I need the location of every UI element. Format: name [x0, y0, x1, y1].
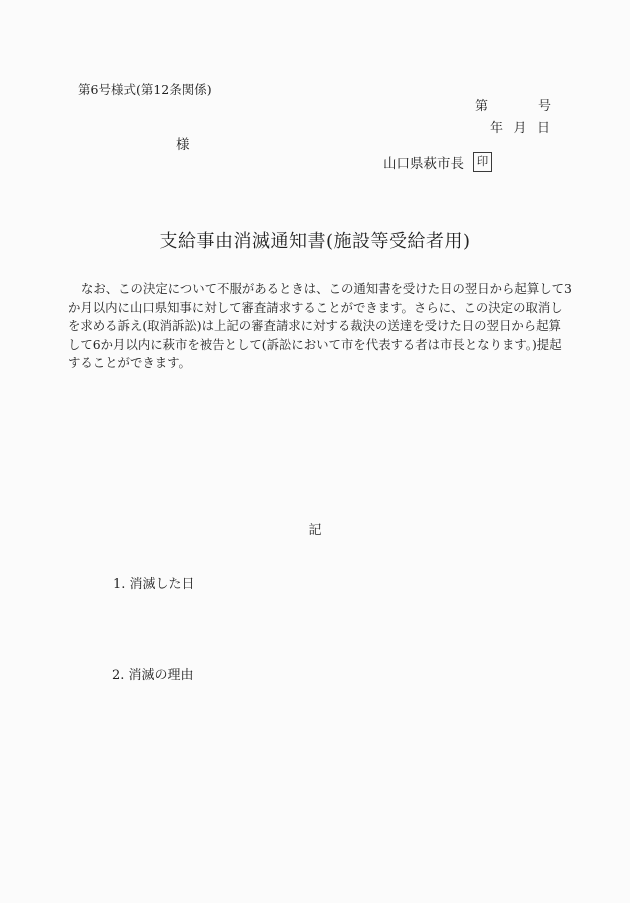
body-line-2: か月以内に山口県知事に対して審査請求することができます。さらに、この決定の取消し: [68, 299, 566, 318]
issuer-line: 山口県萩市長 印: [383, 152, 492, 172]
addressee-suffix-label: 様: [176, 133, 190, 153]
record-item-extinguishment-reason: 2. 消滅の理由: [112, 664, 194, 683]
body-line-1: なお、この決定について不服があるときは、この通知書を受けた日の翌日から起算して3: [68, 280, 566, 299]
date-month-label: 月: [513, 117, 526, 136]
doc-number-prefix-label: 第: [475, 95, 488, 114]
record-section-heading: 記: [0, 519, 630, 538]
document-title: 支給事由消滅通知書(施設等受給者用): [0, 227, 630, 253]
issuer-name-label: 山口県萩市長: [383, 152, 464, 172]
record-item-extinguishment-date: 1. 消滅した日: [113, 573, 195, 592]
document-number-line: 第 号: [475, 95, 551, 114]
seal-label: 印: [477, 156, 489, 168]
date-day-label: 日: [537, 117, 550, 136]
body-line-4: して6か月以内に萩市を被告として(訴訟において市を代表する者は市長となります。)…: [68, 336, 566, 355]
date-year-label: 年: [490, 117, 503, 136]
seal-box: 印: [473, 152, 492, 172]
document-page: 第6号様式(第12条関係) 第 号 年 月 日 様 山口県萩市長 印 支給事由消…: [0, 0, 630, 903]
doc-number-suffix-label: 号: [538, 95, 551, 114]
body-paragraph: なお、この決定について不服があるときは、この通知書を受けた日の翌日から起算して3…: [68, 280, 566, 373]
body-line-3: を求める訴え(取消訴訟)は上記の審査請求に対する裁決の送達を受けた日の翌日から起…: [68, 317, 566, 336]
body-line-5: することができます。: [68, 354, 566, 373]
date-line: 年 月 日: [490, 117, 550, 136]
form-number-label: 第6号様式(第12条関係): [78, 80, 212, 98]
